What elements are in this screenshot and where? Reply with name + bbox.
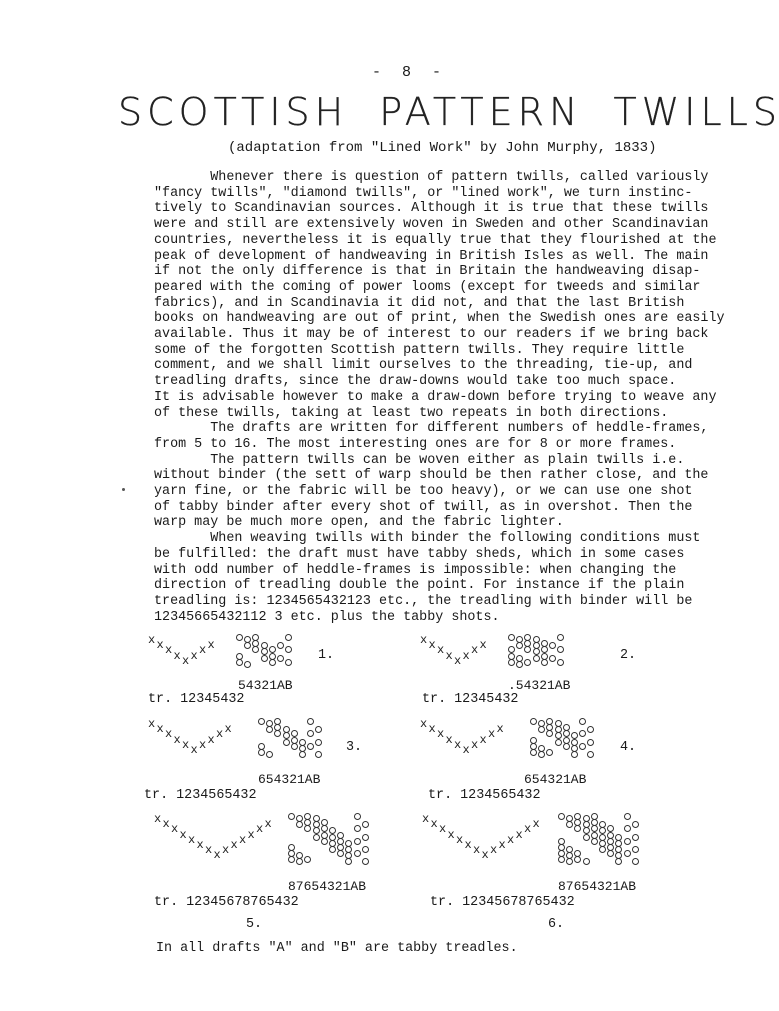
threading-mark: x xyxy=(214,849,221,861)
tieup-mark xyxy=(549,655,556,662)
threading-mark: x xyxy=(439,823,446,835)
tieup-mark xyxy=(571,751,578,758)
threading-mark: x xyxy=(182,655,189,667)
threading-mark: x xyxy=(524,823,531,835)
tieup-mark xyxy=(624,850,631,857)
threading-mark: x xyxy=(465,839,472,851)
tieup-label: 654321AB xyxy=(524,772,586,787)
tieup-mark xyxy=(632,858,639,865)
threading-mark: x xyxy=(148,718,155,730)
treadling-sequence: tr. 12345678765432 xyxy=(430,895,575,910)
threading-mark: x xyxy=(490,844,497,856)
threading-mark: x xyxy=(163,818,170,830)
threading-mark: x xyxy=(174,734,181,746)
threading-mark: x xyxy=(429,639,436,651)
tieup-mark xyxy=(508,659,515,666)
tieup-mark xyxy=(555,739,562,746)
threading-mark: x xyxy=(225,723,232,735)
tieup-mark xyxy=(530,718,537,725)
tieup-mark xyxy=(524,646,531,653)
tieup-label: 87654321AB xyxy=(558,879,636,894)
draft-2: xxxxxxxx .54321AB tr. 12345432 2. xyxy=(420,634,680,712)
page-title: SCOTTISH PATTERN TWILLS xyxy=(118,90,738,134)
threading-mark: x xyxy=(499,839,506,851)
threading-mark: x xyxy=(480,734,487,746)
text-line: Whenever there is question of pattern tw… xyxy=(154,170,754,186)
tieup-mark xyxy=(362,858,369,865)
text-line: available. Thus it may be of interest to… xyxy=(154,327,754,343)
draft-5: xxxxxxxxxxxxxx 87654321AB tr. 1234567876… xyxy=(154,813,414,935)
threading-mark: x xyxy=(248,829,255,841)
tieup-mark xyxy=(354,838,361,845)
threading-mark: x xyxy=(148,634,155,646)
tieup-mark xyxy=(321,838,328,845)
draft-6: xxxxxxxxxxxxxx 87654321AB tr. 1234567876… xyxy=(422,813,682,935)
text-line: some of the forgotten Scottish pattern t… xyxy=(154,343,754,359)
tieup-mark xyxy=(508,634,515,641)
tieup-mark xyxy=(624,813,631,820)
text-line: peared with the coming of power looms (e… xyxy=(154,280,754,296)
threading-mark: x xyxy=(454,655,461,667)
tieup-mark xyxy=(558,856,565,863)
threading-mark: x xyxy=(191,744,198,756)
text-line: with odd number of heddle-frames is impo… xyxy=(154,563,754,579)
text-line: treadling drafts, since the draw-downs w… xyxy=(154,374,754,390)
tieup-mark xyxy=(288,856,295,863)
tieup-mark xyxy=(277,655,284,662)
threading-mark: x xyxy=(199,739,206,751)
tieup-mark xyxy=(252,646,259,653)
tieup-mark xyxy=(307,730,314,737)
tieup-mark xyxy=(285,634,292,641)
text-line: of tabby binder after every shot of twil… xyxy=(154,500,754,516)
draft-number: 4. xyxy=(620,740,636,755)
tieup-mark xyxy=(362,846,369,853)
tieup-mark xyxy=(549,642,556,649)
tieup-mark xyxy=(258,718,265,725)
tieup-mark xyxy=(574,856,581,863)
text-line: books on handweaving are out of print, w… xyxy=(154,311,754,327)
text-line: The drafts are written for different num… xyxy=(154,421,754,437)
tieup-mark xyxy=(599,846,606,853)
tieup-mark xyxy=(362,821,369,828)
footer-note: In all drafts "A" and "B" are tabby trea… xyxy=(156,941,518,956)
tieup-mark xyxy=(558,813,565,820)
threading-mark: x xyxy=(256,823,263,835)
text-line: 12345665432112 3 etc. plus the tabby sho… xyxy=(154,610,754,626)
tieup-mark xyxy=(244,661,251,668)
tieup-mark xyxy=(269,659,276,666)
tieup-mark xyxy=(304,856,311,863)
draft-1: xxxxxxxx 54321AB tr. 12345432 1. xyxy=(148,634,408,712)
tieup-mark xyxy=(516,642,523,649)
text-line: from 5 to 16. The most interesting ones … xyxy=(154,437,754,453)
text-line: warp may be much more open, and the fabr… xyxy=(154,515,754,531)
tieup-mark xyxy=(538,726,545,733)
tieup-mark xyxy=(516,661,523,668)
threading-mark: x xyxy=(448,829,455,841)
tieup-mark xyxy=(557,634,564,641)
tieup-mark xyxy=(632,846,639,853)
threading-mark: x xyxy=(157,723,164,735)
threading-mark: x xyxy=(165,728,172,740)
text-line: were and still are extensively woven in … xyxy=(154,217,754,233)
tieup-mark xyxy=(266,751,273,758)
tieup-mark xyxy=(591,838,598,845)
treadling-sequence: tr. 1234565432 xyxy=(428,788,541,803)
text-line: be fulfilled: the draft must have tabby … xyxy=(154,547,754,563)
text-line: "fancy twills", "diamond twills", or "li… xyxy=(154,186,754,202)
threading-mark: x xyxy=(471,739,478,751)
threading-mark: x xyxy=(174,650,181,662)
tieup-mark xyxy=(315,726,322,733)
tieup-mark xyxy=(557,659,564,666)
tieup-mark xyxy=(244,642,251,649)
tieup-mark xyxy=(329,846,336,853)
tieup-label: .54321AB xyxy=(508,678,570,693)
tieup-label: 54321AB xyxy=(238,678,293,693)
tieup-mark xyxy=(337,850,344,857)
threading-mark: x xyxy=(239,834,246,846)
tieup-mark xyxy=(315,751,322,758)
tieup-mark xyxy=(574,825,581,832)
tieup-mark xyxy=(296,821,303,828)
tieup-mark xyxy=(313,834,320,841)
threading-mark: x xyxy=(422,813,429,825)
tieup-mark xyxy=(285,659,292,666)
tieup-mark xyxy=(285,646,292,653)
tieup-mark xyxy=(583,834,590,841)
threading-mark: x xyxy=(420,718,427,730)
threading-mark: x xyxy=(463,744,470,756)
threading-mark: x xyxy=(157,639,164,651)
tieup-mark xyxy=(557,646,564,653)
tieup-mark xyxy=(607,850,614,857)
threading-mark: x xyxy=(497,723,504,735)
threading-mark: x xyxy=(154,813,161,825)
threading-mark: x xyxy=(171,823,178,835)
threading-mark: x xyxy=(222,844,229,856)
tieup-mark xyxy=(296,858,303,865)
tieup-mark xyxy=(587,751,594,758)
text-line: without binder (the sett of warp should … xyxy=(154,468,754,484)
tieup-mark xyxy=(530,749,537,756)
tieup-label: 87654321AB xyxy=(288,879,366,894)
tieup-mark xyxy=(632,834,639,841)
threading-mark: x xyxy=(507,834,514,846)
threading-mark: x xyxy=(420,634,427,646)
tieup-mark xyxy=(546,730,553,737)
tieup-mark xyxy=(546,749,553,756)
tieup-mark xyxy=(274,730,281,737)
tieup-mark xyxy=(354,825,361,832)
text-line: It is advisable however to make a draw-d… xyxy=(154,390,754,406)
tieup-mark xyxy=(291,743,298,750)
tieup-mark xyxy=(354,813,361,820)
tieup-mark xyxy=(579,718,586,725)
threading-mark: x xyxy=(165,644,172,656)
draft-3: xxxxxxxxxx 654321AB tr. 1234565432 3. xyxy=(148,718,408,806)
threading-mark: x xyxy=(446,734,453,746)
draft-number: 5. xyxy=(246,917,262,932)
draft-4: xxxxxxxxxx 654321AB tr. 1234565432 4. xyxy=(420,718,680,806)
tieup-label: 654321AB xyxy=(258,772,320,787)
tieup-mark xyxy=(304,825,311,832)
tieup-mark xyxy=(283,739,290,746)
tieup-mark xyxy=(524,659,531,666)
threading-mark: x xyxy=(191,650,198,662)
tieup-mark xyxy=(587,739,594,746)
tieup-mark xyxy=(266,726,273,733)
draft-number: 3. xyxy=(346,740,362,755)
draft-number: 2. xyxy=(620,648,636,663)
tieup-mark xyxy=(624,825,631,832)
text-line: yarn fine, or the fabric will be too hea… xyxy=(154,484,754,500)
tieup-mark xyxy=(579,743,586,750)
body-text: Whenever there is question of pattern tw… xyxy=(154,170,754,625)
text-line: tively to Scandinavian sources. Although… xyxy=(154,201,754,217)
tieup-mark xyxy=(258,749,265,756)
threading-mark: x xyxy=(480,639,487,651)
text-line: if not the only difference is that in Br… xyxy=(154,264,754,280)
threading-mark: x xyxy=(533,818,540,830)
threading-mark: x xyxy=(437,728,444,740)
tieup-mark xyxy=(583,858,590,865)
threading-mark: x xyxy=(437,644,444,656)
threading-mark: x xyxy=(471,644,478,656)
threading-mark: x xyxy=(429,723,436,735)
treadling-sequence: tr. 12345678765432 xyxy=(154,895,299,910)
threading-mark: x xyxy=(205,844,212,856)
text-line: peak of development of handweaving in Br… xyxy=(154,249,754,265)
tieup-mark xyxy=(362,834,369,841)
tieup-mark xyxy=(632,821,639,828)
tieup-mark xyxy=(533,655,540,662)
threading-mark: x xyxy=(208,639,215,651)
threading-mark: x xyxy=(431,818,438,830)
tieup-mark xyxy=(587,726,594,733)
tieup-mark xyxy=(354,850,361,857)
tieup-mark xyxy=(307,743,314,750)
tieup-mark xyxy=(566,858,573,865)
threading-mark: x xyxy=(482,849,489,861)
tieup-mark xyxy=(288,813,295,820)
tieup-mark xyxy=(566,821,573,828)
threading-mark: x xyxy=(454,739,461,751)
threading-mark: x xyxy=(231,839,238,851)
tieup-mark xyxy=(541,659,548,666)
tieup-mark xyxy=(579,730,586,737)
tieup-mark xyxy=(563,743,570,750)
tieup-mark xyxy=(315,739,322,746)
text-line: fabrics), and in Scandinavia it did not,… xyxy=(154,296,754,312)
tieup-mark xyxy=(236,659,243,666)
stray-mark xyxy=(122,488,125,491)
tieup-mark xyxy=(236,634,243,641)
text-line: countries, nevertheless it is equally tr… xyxy=(154,233,754,249)
treadling-sequence: tr. 1234565432 xyxy=(144,788,257,803)
text-line: direction of treadling double the point.… xyxy=(154,578,754,594)
threading-mark: x xyxy=(197,839,204,851)
threading-mark: x xyxy=(473,844,480,856)
threading-mark: x xyxy=(208,734,215,746)
threading-mark: x xyxy=(446,650,453,662)
tieup-mark xyxy=(624,838,631,845)
text-line: comment, and we shall limit ourselves to… xyxy=(154,358,754,374)
text-line: treadling is: 1234565432123 etc., the tr… xyxy=(154,594,754,610)
draft-number: 6. xyxy=(548,917,564,932)
threading-mark: x xyxy=(216,728,223,740)
tieup-mark xyxy=(615,858,622,865)
threading-mark: x xyxy=(180,829,187,841)
threading-mark: x xyxy=(265,818,272,830)
page-number: - 8 - xyxy=(0,64,779,81)
text-line: of these twills, taking at least two rep… xyxy=(154,406,754,422)
tieup-mark xyxy=(277,642,284,649)
treadling-sequence: tr. 12345432 xyxy=(422,692,518,707)
threading-mark: x xyxy=(199,644,206,656)
text-line: When weaving twills with binder the foll… xyxy=(154,531,754,547)
tieup-mark xyxy=(345,858,352,865)
treadling-sequence: tr. 12345432 xyxy=(148,692,244,707)
threading-mark: x xyxy=(488,728,495,740)
threading-mark: x xyxy=(182,739,189,751)
threading-mark: x xyxy=(188,834,195,846)
tieup-mark xyxy=(307,718,314,725)
threading-mark: x xyxy=(456,834,463,846)
page-subtitle: (adaptation from "Lined Work" by John Mu… xyxy=(228,140,656,156)
tieup-mark xyxy=(299,751,306,758)
tieup-mark xyxy=(538,751,545,758)
tieup-mark xyxy=(261,655,268,662)
draft-number: 1. xyxy=(318,648,334,663)
threading-mark: x xyxy=(463,650,470,662)
text-line: The pattern twills can be woven either a… xyxy=(154,453,754,469)
threading-mark: x xyxy=(516,829,523,841)
